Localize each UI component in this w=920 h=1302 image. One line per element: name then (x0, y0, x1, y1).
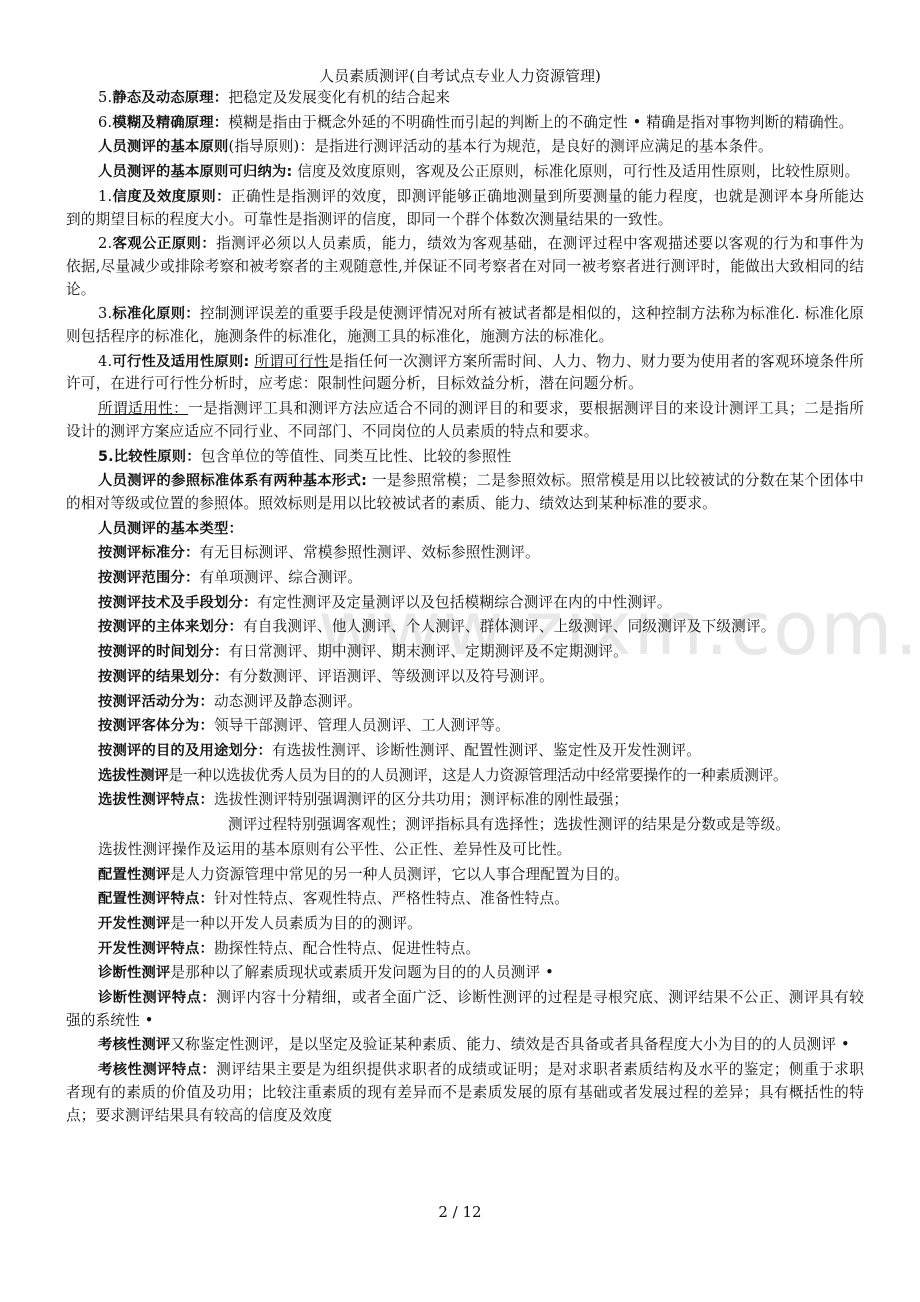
paragraph-static-dynamic-principle: 5.静态及动态原理：把稳定及发展变化有机的结合起来 (66, 87, 864, 110)
paragraph-text: 是那种以了解素质现状或素质开发问题为目的的人员测评 • (170, 964, 554, 981)
paragraph-appraisal-assessment: 考核性测评又称鉴定性测评，是以坚定及验证某种素质、能力、绩效是否具备或者具备程度… (66, 1034, 864, 1057)
paragraph-text: 勘探性特点、配合性特点、促进性特点。 (214, 940, 480, 957)
term-heading: 按测评活动分为： (98, 694, 214, 710)
term-heading: 按测评技术及手段划分： (98, 595, 257, 611)
paragraph-development-features: 开发性测评特点：勘探性特点、配合性特点、促进性特点。 (66, 938, 864, 961)
paragraph-text: 又称鉴定性测评，是以坚定及验证某种素质、能力、绩效是否具备或者具备程度大小为目的… (170, 1036, 849, 1053)
paragraph-text: 信度及效度原则，客观及公正原则，标准化原则，可行性及适用性原则，比较性原则。 (292, 163, 859, 180)
term-heading: 模糊及精确原理： (112, 115, 228, 131)
term-heading: 按测评的结果划分： (98, 669, 228, 685)
page-indicator: 2 / 12 (0, 1203, 920, 1221)
item-number: 4. (98, 353, 112, 370)
term-heading: 开发性测评特点： (98, 941, 214, 957)
term-heading: 配置性测评特点： (98, 891, 214, 907)
paragraph-principles-summary: 人员测评的基本原则可归纳为: 信度及效度原则，客观及公正原则，标准化原则，可行性… (66, 161, 864, 184)
paragraph-text: 把稳定及发展变化有机的结合起来 (228, 89, 450, 106)
paragraph-text: 包含单位的等值性、同类互比性、比较的参照性 (201, 448, 512, 465)
term-heading: 人员测评的基本原则可归纳为: (98, 164, 292, 180)
paragraph-fuzzy-precise-principle: 6.模糊及精确原理：模糊是指由于概念外延的不明确性而引起的判断上的不确定性 • … (66, 112, 864, 135)
page-header-title: 人员素质测评(自考试点专业人力资源管理) (0, 66, 920, 86)
term-heading: 诊断性测评 (98, 965, 170, 981)
paragraph-text: 领导干部测评、管理人员测评、工人测评等。 (214, 717, 510, 734)
paragraph-text: 针对性特点、客观性特点、严格性特点、准备性特点。 (214, 890, 569, 907)
paragraph-selection-principles: 选拔性测评操作及运用的基本原则有公平性、公正性、差异性及可比性。 (66, 839, 864, 862)
section-heading: 人员测评的基本类型： (98, 521, 243, 537)
paragraph-text: 模糊是指由于概念外延的不明确性而引起的判断上的不确定性 • 精确是指对事物判断的… (228, 114, 853, 131)
term-heading: 考核性测评特点： (98, 1062, 216, 1078)
list-item-by-standard: 按测评标准分：有无目标测评、常模参照性测评、效标参照性测评。 (66, 542, 864, 565)
paragraph-selection-features-continued: 测评过程特别强调客观性；测评指标具有选择性；选拔性测评的结果是分数或是等级。 (66, 814, 864, 837)
term-heading: 按测评的目的及用途划分： (98, 743, 272, 759)
paragraph-development-assessment: 开发性测评是一种以开发人员素质为目的的测评。 (66, 913, 864, 936)
underlined-term: 所谓可行性 (254, 353, 328, 370)
term-heading: 人员测评的参照标准体系有两种基本形式: (98, 473, 367, 489)
paragraph-text: (指导原则)：是指进行测评活动的基本行为规范，是良好的测评应满足的基本条件。 (228, 138, 772, 155)
list-item-by-time: 按测评的时间划分：有日常测评、期中测评、期末测评、定期测评及不定期测评。 (66, 641, 864, 664)
paragraph-selection-features: 选拔性测评特点：选拔性测评特别强调测评的区分共功用；测评标准的刚性最强； (66, 789, 864, 812)
paragraph-text: 有分数测评、评语测评、等级测评以及符号测评。 (228, 668, 553, 685)
paragraph-text: 有无目标测评、常模参照性测评、效标参照性测评。 (199, 544, 539, 561)
list-item-by-scope: 按测评范围分：有单项测评、综合测评。 (66, 567, 864, 590)
paragraph-basic-types-heading: 人员测评的基本类型： (66, 518, 864, 541)
item-number: 2. (98, 235, 112, 252)
term-heading: 比较性原则： (114, 449, 201, 465)
list-item-by-purpose: 按测评的目的及用途划分：有选拔性测评、诊断性测评、配置性测评、鉴定性及开发性测评… (66, 740, 864, 763)
document-body: 5.静态及动态原理：把稳定及发展变化有机的结合起来 6.模糊及精确原理：模糊是指… (66, 87, 864, 1129)
paragraph-diagnostic-features: 诊断性测评特点：测评内容十分精细，或者全面广泛、诊断性测评的过程是寻根究底、测评… (66, 987, 864, 1032)
paragraph-selection-assessment: 选拔性测评是一种以选拔优秀人员为目的的人员测评，这是人力资源管理活动中经常要操作… (66, 765, 864, 788)
paragraph-text: 选拔性测评操作及运用的基本原则有公平性、公正性、差异性及可比性。 (98, 841, 571, 858)
paragraph-text: 是一种以选拔优秀人员为目的的人员测评，这是人力资源管理活动中经常要操作的一种素质… (168, 767, 787, 784)
paragraph-placement-features: 配置性测评特点：针对性特点、客观性特点、严格性特点、准备性特点。 (66, 888, 864, 911)
term-heading: 考核性测评 (98, 1037, 170, 1053)
list-item-by-object: 按测评客体分为：领导干部测评、管理人员测评、工人测评等。 (66, 715, 864, 738)
paragraph-comparability: 5.比较性原则：包含单位的等值性、同类互比性、比较的参照性 (66, 446, 864, 469)
paragraph-objective-fair: 2.客观公正原则：指测评必须以人员素质，能力，绩效为客观基础，在测评过程中客观描… (66, 233, 864, 301)
term-heading: 按测评标准分： (98, 545, 199, 561)
paragraph-text: 是一种以开发人员素质为目的的测评。 (170, 915, 422, 932)
paragraph-feasibility: 4.可行性及适用性原则: 所谓可行性是指任何一次测评方案所需时间、人力、物力、财… (66, 351, 864, 396)
term-heading: 诊断性测评特点： (98, 990, 216, 1006)
paragraph-reliability-validity: 1.信度及效度原则：正确性是指测评的效度，即测评能够正确地测量到所要测量的能力程… (66, 186, 864, 231)
item-number: 5. (98, 449, 114, 465)
term-heading: 可行性及适用性原则: (112, 354, 249, 370)
term-heading: 静态及动态原理： (112, 90, 228, 106)
term-heading: 客观公正原则： (112, 236, 216, 252)
underlined-term: 所谓适用性： (98, 400, 188, 417)
paragraph-text: 有日常测评、期中测评、期末测评、定期测评及不定期测评。 (228, 643, 627, 660)
paragraph-text: 有单项测评、综合测评。 (199, 569, 362, 586)
item-number: 5. (98, 89, 112, 106)
list-item-by-subject: 按测评的主体来划分：有自我测评、他人测评、个人测评、群体测评、上级测评、同级测评… (66, 616, 864, 639)
paragraph-reference-standards: 人员测评的参照标准体系有两种基本形式: 一是参照常模；二是参照效标。照常模是用以… (66, 470, 864, 515)
paragraph-placement-assessment: 配置性测评是人力资源管理中常见的另一种人员测评，它以人事合理配置为目的。 (66, 864, 864, 887)
paragraph-applicability: 所谓适用性：一是指测评工具和测评方法应适合不同的测评目的和要求，要根据测评目的来… (66, 398, 864, 443)
term-heading: 按测评的主体来划分： (98, 619, 243, 635)
paragraph-appraisal-features: 考核性测评特点：测评结果主要是为组织提供求职者的成绩或证明；是对求职者素质结构及… (66, 1059, 864, 1127)
item-number: 6. (98, 114, 112, 131)
term-heading: 按测评范围分： (98, 570, 199, 586)
list-item-by-result: 按测评的结果划分：有分数测评、评语测评、等级测评以及符号测评。 (66, 666, 864, 689)
term-heading: 开发性测评 (98, 916, 170, 932)
paragraph-standardization: 3.标准化原则：控制测评误差的重要手段是使测评情况对所有被试者都是相似的，这种控… (66, 303, 864, 348)
term-heading: 按测评客体分为： (98, 718, 214, 734)
list-item-by-technique: 按测评技术及手段划分：有定性测评及定量测评以及包括模糊综合测评在内的中性测评。 (66, 592, 864, 615)
paragraph-text: 选拔性测评特别强调测评的区分共功用；测评标准的刚性最强； (214, 791, 628, 808)
term-heading: 标准化原则： (112, 306, 200, 322)
paragraph-text: 测评过程特别强调客观性；测评指标具有选择性；选拔性测评的结果是分数或是等级。 (228, 816, 790, 833)
list-item-by-activity: 按测评活动分为：动态测评及静态测评。 (66, 691, 864, 714)
term-heading: 选拔性测评 (98, 768, 168, 784)
term-heading: 信度及效度原则： (112, 189, 231, 205)
term-heading: 选拔性测评特点： (98, 792, 214, 808)
paragraph-text: 有自我测评、他人测评、个人测评、群体测评、上级测评、同级测评及下级测评。 (243, 618, 776, 635)
document-page: 人员素质测评(自考试点专业人力资源管理) www.zixin.com.cn 5.… (0, 0, 920, 1302)
paragraph-text: 是人力资源管理中常见的另一种人员测评，它以人事合理配置为目的。 (170, 866, 629, 883)
item-number: 3. (98, 305, 112, 322)
term-heading: 人员测评的基本原则 (98, 139, 228, 155)
paragraph-basic-principles: 人员测评的基本原则(指导原则)：是指进行测评活动的基本行为规范，是良好的测评应满… (66, 136, 864, 159)
paragraph-text: 有定性测评及定量测评以及包括模糊综合测评在内的中性测评。 (257, 594, 671, 611)
paragraph-text: 动态测评及静态测评。 (214, 693, 362, 710)
item-number: 1. (98, 188, 112, 205)
paragraph-diagnostic-assessment: 诊断性测评是那种以了解素质现状或素质开发问题为目的的人员测评 • (66, 962, 864, 985)
term-heading: 配置性测评 (98, 867, 170, 883)
term-heading: 按测评的时间划分： (98, 644, 228, 660)
paragraph-text: 有选拔性测评、诊断性测评、配置性测评、鉴定性及开发性测评。 (272, 742, 701, 759)
